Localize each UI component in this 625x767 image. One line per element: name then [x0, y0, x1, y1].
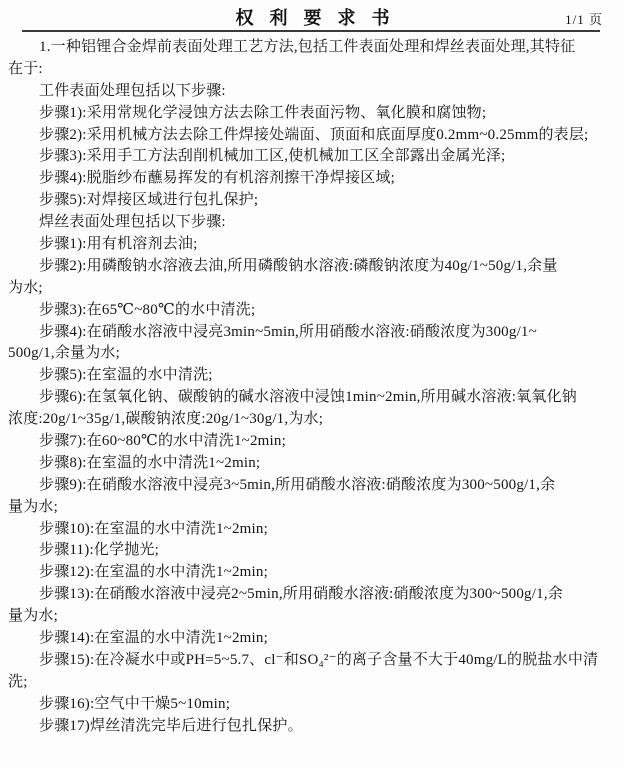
claims-line: 步骤14):在室温的水中清洗1~2min;: [8, 628, 618, 650]
claims-body: 1.一种铝锂合金焊前表面处理工艺方法,包括工件表面处理和焊丝表面处理,其特征在于…: [8, 37, 618, 738]
claims-line: 步骤2):用磷酸钠水溶液去油,所用磷酸钠水溶液:磷酸钠浓度为40g/1~50g/…: [8, 256, 618, 278]
claims-line: 焊丝表面处理包括以下步骤:: [8, 212, 618, 234]
claims-line: 步骤3):在65℃~80℃的水中清洗;: [8, 300, 618, 322]
claims-line: 步骤5):在室温的水中清洗;: [8, 365, 618, 387]
claims-line: 步骤8):在室温的水中清洗1~2min;: [8, 453, 618, 475]
header-rule: [22, 30, 600, 32]
claims-line: 500g/1,余量为水;: [8, 343, 618, 365]
document-title: 权利要求书: [0, 4, 625, 30]
claims-line: 步骤6):在氢氧化钠、碳酸钠的碱水溶液中浸蚀1min~2min,所用碱水溶液:氧…: [8, 387, 618, 409]
page-number: 1/1 页: [565, 9, 603, 28]
claims-line: 步骤4):在硝酸水溶液中浸亮3min~5min,所用硝酸水溶液:硝酸浓度为300…: [8, 322, 618, 344]
claims-line: 量为水;: [8, 497, 618, 519]
claims-line: 工件表面处理包括以下步骤:: [8, 81, 618, 103]
claims-line: 步骤9):在硝酸水溶液中浸亮3~5min,所用硝酸水溶液:硝酸浓度为300~50…: [8, 475, 618, 497]
claims-line: 浓度:20g/1~35g/1,碳酸钠浓度:20g/1~30g/1,为水;: [8, 409, 618, 431]
claims-line: 步骤1):采用常规化学浸蚀方法去除工件表面污物、氧化膜和腐蚀物;: [8, 103, 618, 125]
claims-line: 步骤15):在冷凝水中或PH=5~5.7、cl⁻和SO₄²⁻的离子含量不大于40…: [8, 650, 618, 672]
claims-line: 为水;: [8, 278, 618, 300]
claims-line: 在于:: [8, 59, 618, 81]
claims-line: 步骤2):采用机械方法去除工件焊接处端面、顶面和底面厚度0.2mm~0.25mm…: [8, 125, 618, 147]
claims-line: 步骤4):脱脂纱布蘸易挥发的有机溶剂擦干净焊接区域;: [8, 168, 618, 190]
claims-line: 步骤16):空气中干燥5~10min;: [8, 694, 618, 716]
claims-line: 步骤3):采用手工方法刮削机械加工区,使机械加工区全部露出金属光泽;: [8, 146, 618, 168]
claims-line: 步骤11):化学抛光;: [8, 540, 618, 562]
claims-line: 洗;: [8, 672, 618, 694]
claims-document-page: 权利要求书 1/1 页 1.一种铝锂合金焊前表面处理工艺方法,包括工件表面处理和…: [0, 0, 625, 767]
claims-line: 步骤7):在60~80℃的水中清洗1~2min;: [8, 431, 618, 453]
claims-line: 1.一种铝锂合金焊前表面处理工艺方法,包括工件表面处理和焊丝表面处理,其特征: [8, 37, 618, 59]
claims-line: 步骤10):在室温的水中清洗1~2min;: [8, 519, 618, 541]
document-header: 权利要求书 1/1 页: [0, 0, 625, 32]
claims-line: 步骤1):用有机溶剂去油;: [8, 234, 618, 256]
claims-line: 步骤12):在室温的水中清洗1~2min;: [8, 562, 618, 584]
claims-line: 步骤17)焊丝清洗完毕后进行包扎保护。: [8, 716, 618, 738]
claims-line: 步骤13):在硝酸水溶液中浸亮2~5min,所用硝酸水溶液:硝酸浓度为300~5…: [8, 584, 618, 606]
claims-line: 步骤5):对焊接区域进行包扎保护;: [8, 190, 618, 212]
claims-line: 量为水;: [8, 606, 618, 628]
